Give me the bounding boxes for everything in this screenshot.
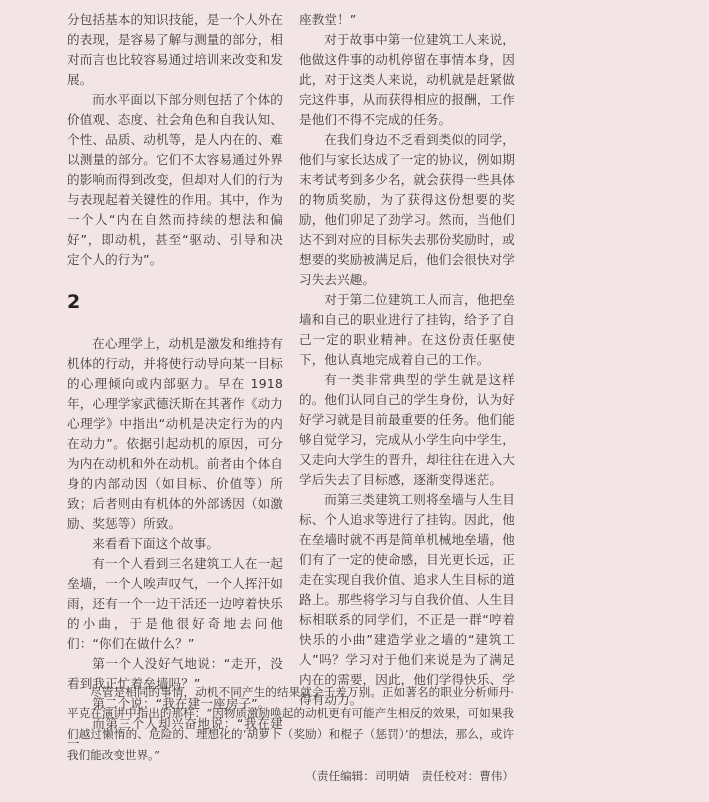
paragraph: 分包括基本的知识技能，是一个人外在的表现，是容易了解与测量的部分，相对而言也比较…: [67, 10, 283, 90]
paragraph: 而第三类建筑工则将垒墙与人生目标、个人追求等进行了挂钩。因此，他在垒墙时就不再是…: [299, 490, 515, 710]
paragraph: 有一类非常典型的学生就是这样的。他们认同自己的学生身份，认为好好学习就是目前最重…: [299, 370, 515, 490]
closing-quote: 尽管是相同的事情，动机不同产生的结果就会千差万别。正如著名的职业分析师丹·平克在…: [67, 682, 514, 766]
paragraph: 在我们身边不乏看到类似的同学，他们与家长达成了一定的协议，例如期末考试考到多少名…: [299, 130, 515, 290]
section-number: 2: [67, 290, 283, 314]
paragraph: 对于第二位建筑工人而言，他把垒墙和自己的职业进行了挂钩，给予了自己一定的职业精神…: [299, 290, 515, 370]
paragraph: 座教堂！”: [299, 10, 515, 30]
left-column: 分包括基本的知识技能，是一个人外在的表现，是容易了解与测量的部分，相对而言也比较…: [67, 10, 283, 754]
editor-credit: （责任编辑：司明婧 责任校对：曹伟）: [305, 768, 514, 784]
paragraph: 来看看下面这个故事。: [67, 534, 283, 554]
paragraph: 而水平面以下部分则包括了个体的价值观、态度、社会角色和自我认知、个性、品质、动机…: [67, 90, 283, 270]
paragraph: 在心理学上，动机是激发和维持有机体的行动，并将使行动导向某一目标的心理倾向或内部…: [67, 334, 283, 534]
right-column: 座教堂！” 对于故事中第一位建筑工人来说，他做这件事的动机停留在事情本身，因此，…: [299, 10, 515, 710]
paragraph: 有一个人看到三名建筑工人在一起垒墙，一个人唉声叹气，一个人挥汗如雨，还有一个一边…: [67, 554, 283, 654]
paragraph: 对于故事中第一位建筑工人来说，他做这件事的动机停留在事情本身，因此，对于这类人来…: [299, 30, 515, 130]
